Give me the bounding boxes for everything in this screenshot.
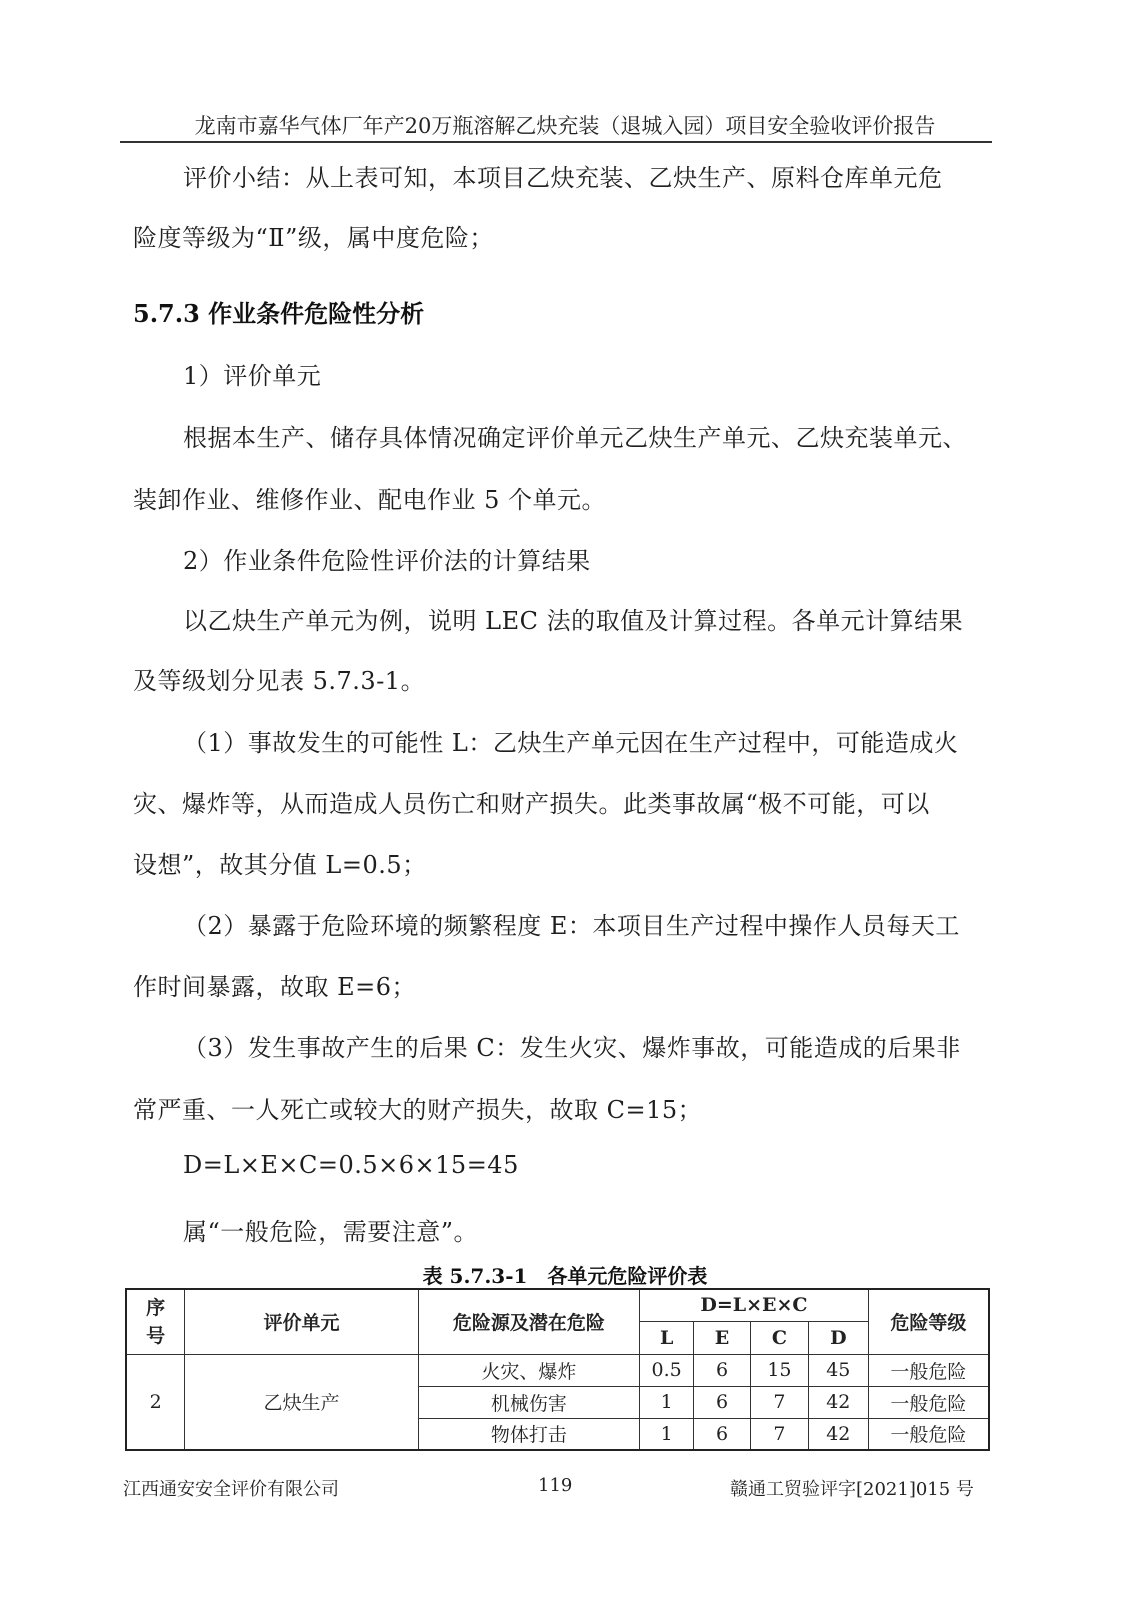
- header-divider: [120, 141, 992, 143]
- subsection-2-title: 2）作业条件危险性评价法的计算结果: [183, 541, 591, 576]
- header-no: 序号: [126, 1289, 185, 1354]
- subsection-2-line-2: 及等级划分见表 5.7.3-1。: [133, 661, 425, 696]
- conclusion-line: 属“一般危险，需要注意”。: [183, 1212, 478, 1247]
- cell-D: 45: [808, 1354, 868, 1386]
- table-caption: 表 5.7.3-1 各单元危险评价表: [0, 1260, 1130, 1289]
- item-3-line-2: 常严重、一人死亡或较大的财产损失，故取 C=15；: [133, 1090, 702, 1125]
- cell-C: 15: [750, 1354, 808, 1386]
- cell-E: 6: [694, 1386, 751, 1418]
- footer-report-number: 赣通工贸验评字[2021]015 号: [730, 1475, 974, 1501]
- cell-C: 7: [750, 1386, 808, 1418]
- subsection-2-line-1: 以乙炔生产单元为例，说明 LEC 法的取值及计算过程。各单元计算结果: [183, 601, 963, 636]
- cell-L: 1: [640, 1418, 694, 1450]
- cell-L: 0.5: [640, 1354, 694, 1386]
- item-2-line-2: 作时间暴露，故取 E=6；: [133, 967, 416, 1002]
- header-L: L: [640, 1321, 694, 1354]
- footer-company: 江西通安安全评价有限公司: [123, 1475, 339, 1501]
- table-row: 2 乙炔生产 火灾、爆炸 0.5 6 15 45 一般危险: [126, 1354, 989, 1386]
- summary-line-1: 评价小结：从上表可知，本项目乙炔充装、乙炔生产、原料仓库单元危: [183, 158, 943, 193]
- cell-D: 42: [808, 1418, 868, 1450]
- item-1-line-2: 灾、爆炸等，从而造成人员伤亡和财产损失。此类事故属“极不可能，可以: [133, 784, 930, 819]
- cell-hazard: 物体打击: [418, 1418, 639, 1450]
- header-unit: 评价单元: [185, 1289, 418, 1354]
- footer-page-number: 119: [538, 1475, 572, 1496]
- header-E: E: [694, 1321, 751, 1354]
- formula-line: D=L×E×C=0.5×6×15=45: [183, 1151, 519, 1179]
- subsection-1-line-2: 装卸作业、维修作业、配电作业 5 个单元。: [133, 480, 606, 515]
- summary-line-2: 险度等级为“Ⅱ”级，属中度危险；: [133, 218, 494, 253]
- cell-D: 42: [808, 1386, 868, 1418]
- header-hazard: 危险源及潜在危险: [418, 1289, 639, 1354]
- item-1-line-1: （1）事故发生的可能性 L：乙炔生产单元因在生产过程中，可能造成火: [183, 723, 958, 758]
- cell-unit: 乙炔生产: [185, 1354, 418, 1450]
- cell-level: 一般危险: [868, 1386, 989, 1418]
- subsection-1-line-1: 根据本生产、储存具体情况确定评价单元乙炔生产单元、乙炔充装单元、: [183, 418, 967, 453]
- header-formula: D=L×E×C: [640, 1289, 869, 1321]
- item-3-line-1: （3）发生事故产生的后果 C：发生火灾、爆炸事故，可能造成的后果非: [183, 1028, 961, 1063]
- cell-level: 一般危险: [868, 1418, 989, 1450]
- item-2-line-1: （2）暴露于危险环境的频繁程度 E：本项目生产过程中操作人员每天工: [183, 906, 960, 941]
- cell-level: 一般危险: [868, 1354, 989, 1386]
- cell-E: 6: [694, 1354, 751, 1386]
- item-1-line-3: 设想”，故其分值 L=0.5；: [133, 845, 427, 880]
- risk-evaluation-table: 序号 评价单元 危险源及潜在危险 D=L×E×C 危险等级 L E C D 2 …: [125, 1288, 990, 1451]
- cell-L: 1: [640, 1386, 694, 1418]
- cell-no: 2: [126, 1354, 185, 1450]
- header-D: D: [808, 1321, 868, 1354]
- cell-E: 6: [694, 1418, 751, 1450]
- cell-C: 7: [750, 1418, 808, 1450]
- header-level: 危险等级: [868, 1289, 989, 1354]
- header-C: C: [750, 1321, 808, 1354]
- subsection-1-title: 1）评价单元: [183, 356, 321, 391]
- report-header-title: 龙南市嘉华气体厂年产20万瓶溶解乙炔充装（退城入园）项目安全验收评价报告: [0, 110, 1130, 140]
- section-heading: 5.7.3 作业条件危险性分析: [133, 294, 424, 329]
- cell-hazard: 火灾、爆炸: [418, 1354, 639, 1386]
- cell-hazard: 机械伤害: [418, 1386, 639, 1418]
